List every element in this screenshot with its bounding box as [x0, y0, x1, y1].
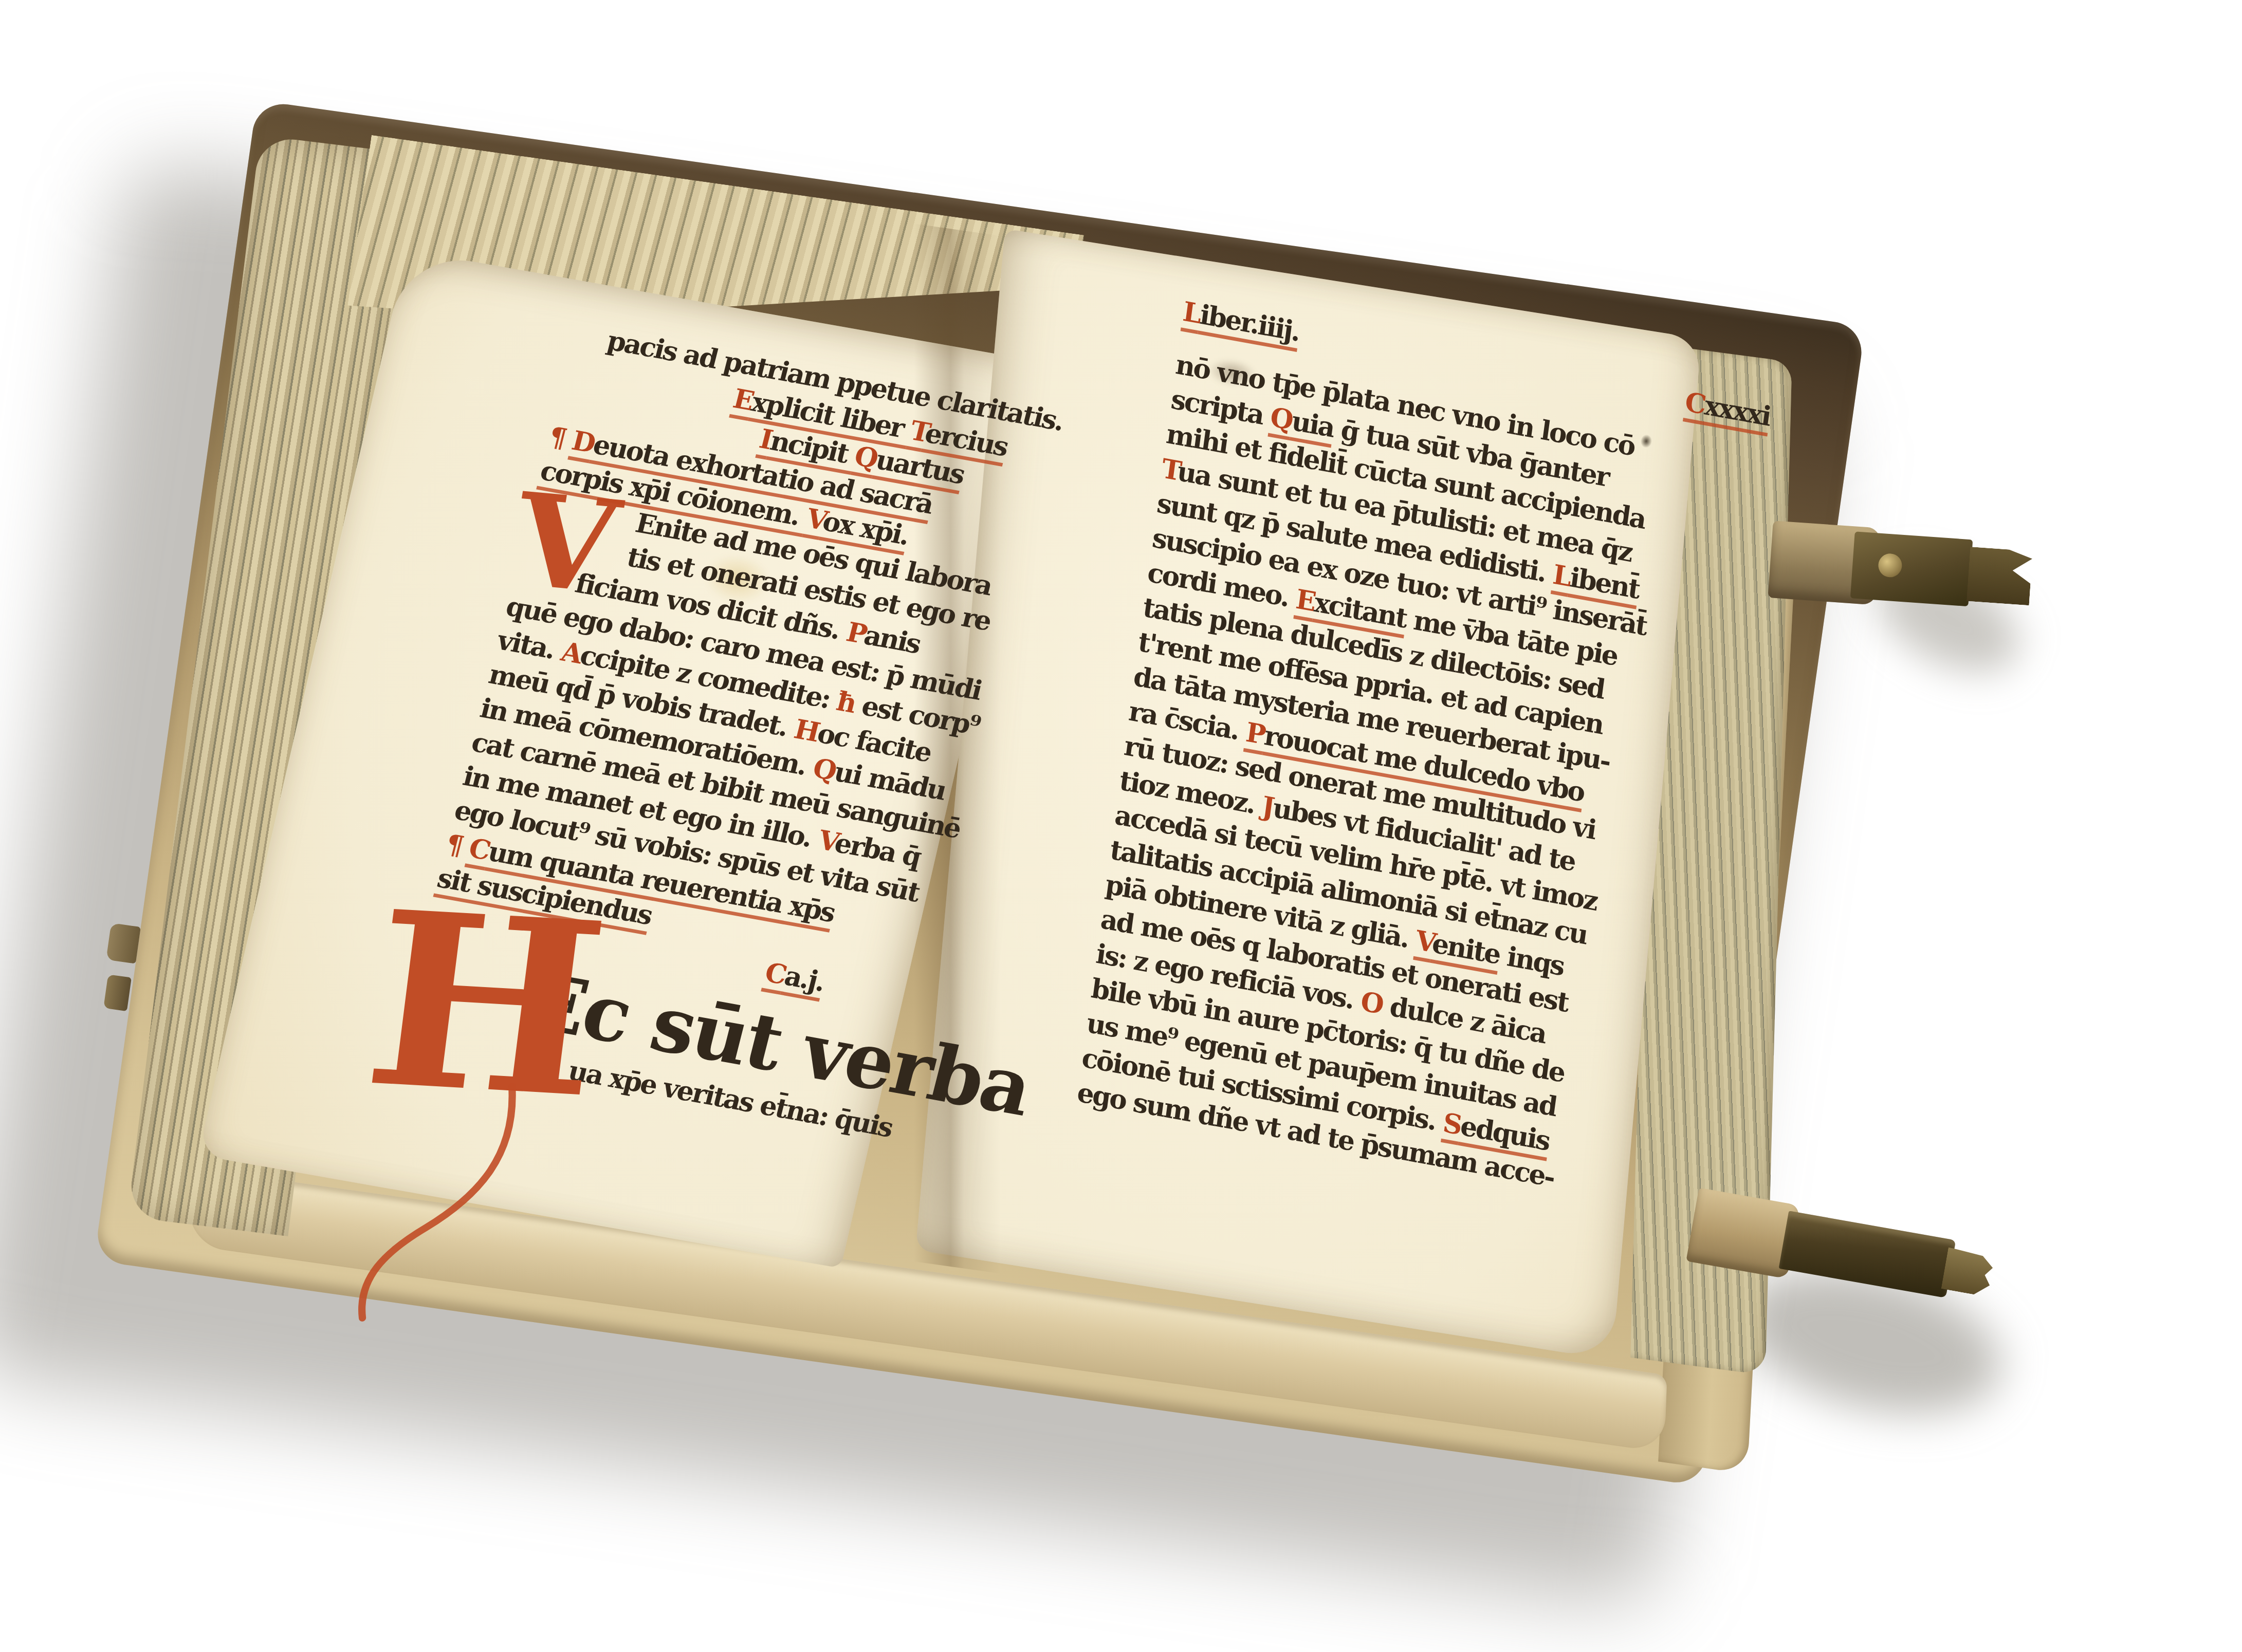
photo-canvas: V pacis ad patriam ppetue claritatis.Exp… [0, 0, 2242, 1652]
lower-clasp-tip [1941, 1247, 1995, 1297]
upper-clasp-hook [1967, 547, 2033, 605]
lower-clasp-bar [1779, 1211, 1956, 1298]
upper-brass-clasp [1767, 510, 2061, 633]
catch-pin-upper [106, 923, 140, 963]
text-segment: a.j. [780, 960, 828, 1002]
right-page-text: Liber.iiij. Cxxxxi nō vno tp̄e p̄lata ne… [1075, 294, 1833, 1227]
upper-clasp-plate [1850, 531, 1973, 606]
right-page-lines: nō vno tp̄e p̄lata nec vno in loco cōscr… [1075, 347, 1826, 1227]
open-incunable-book: V pacis ad patriam ppetue claritatis.Exp… [94, 100, 1866, 1487]
catch-pin-lower [103, 974, 132, 1011]
